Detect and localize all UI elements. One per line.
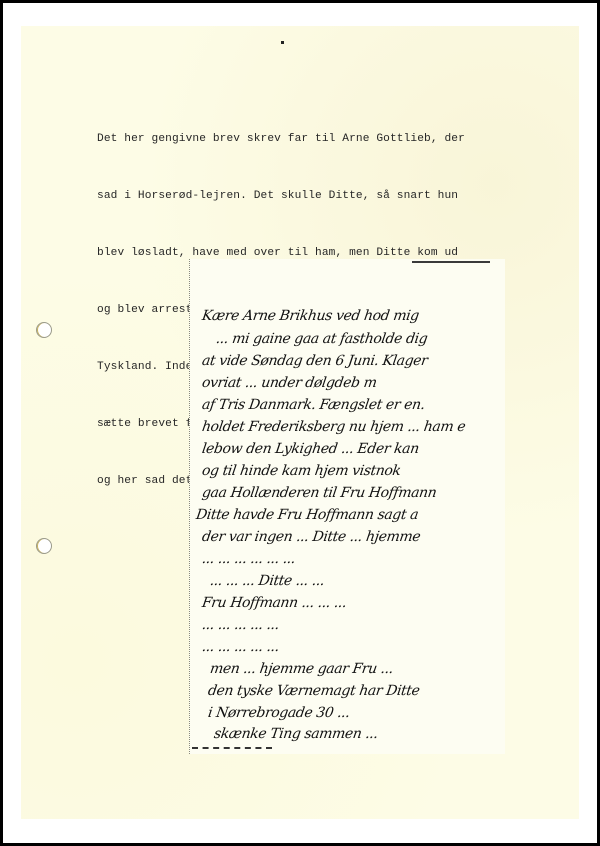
document-page: Det her gengivne brev skrev far til Arne… [21,26,579,819]
handwritten-line: ... ... ... Ditte ... ... [209,572,512,590]
handwritten-line: i Nørrebrogade 30 ... [207,704,510,722]
handwritten-line: holdet Frederiksberg nu hjem ... ham e [201,418,504,436]
handwritten-line: ... ... ... ... ... ... [201,550,504,568]
handwritten-line: ovriat ... under dølgdeb m [201,374,504,392]
handwritten-line: gaa Hollænderen til Fru Hoffmann [201,484,504,502]
letter-top-edge [412,261,490,263]
page-speck [281,41,284,44]
typed-line: Det her gengivne brev skrev far til Arne… [97,130,517,149]
handwritten-line: ... ... ... ... ... [201,638,504,656]
typed-line: sad i Horserød-lejren. Det skulle Ditte,… [97,187,517,206]
handwritten-line: og til hinde kam hjem vistnok [201,462,504,480]
handwritten-line: Kære Arne Brikhus ved hod mig [201,307,504,325]
strikethrough-mark [192,747,272,750]
handwritten-line: den tyske Værnemagt har Ditte [207,682,510,700]
punch-hole-bottom [36,538,52,554]
handwritten-line: at vide Søndag den 6 Juni. Klager [201,352,504,370]
handwritten-line: ... ... ... ... ... [201,616,504,634]
handwritten-line: men ... hjemme gaar Fru ... [209,660,512,678]
handwritten-line: Ditte havde Fru Hoffmann sagt a [195,506,498,524]
punch-hole-top [36,322,52,338]
handwritten-letter: Kære Arne Brikhus ved hod mig ... mi gai… [189,259,505,754]
handwritten-line: der var ingen ... Ditte ... hjemme [201,528,504,546]
handwritten-line: skænke Ting sammen ... [213,725,516,743]
handwritten-line: Fru Hoffmann ... ... ... [201,594,504,612]
scan-frame: Det her gengivne brev skrev far til Arne… [0,0,600,846]
handwritten-line: lebow den Lykighed ... Eder kan [201,440,504,458]
handwritten-line: af Tris Danmark. Fængslet er en. [201,396,504,414]
handwritten-line: ... mi gaine gaa at fastholde dig [215,330,518,348]
